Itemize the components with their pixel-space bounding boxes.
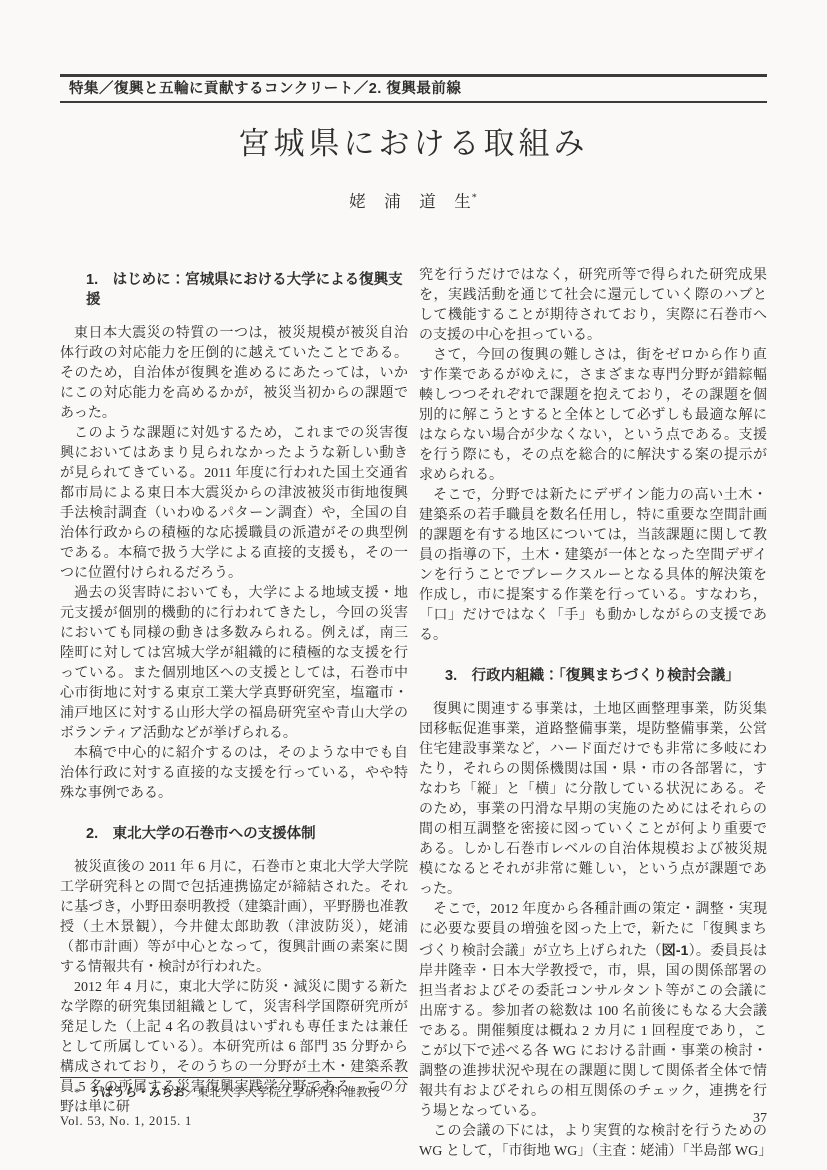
section-heading-1: 1. はじめに：宮城県における大学による復興支援: [60, 270, 408, 310]
paragraph: そこで，分野では新たにデザイン能力の高い土木・建築系の若手職員を数名任用し，特に…: [419, 486, 767, 646]
paragraph: そこで，2012 年度から各種計画の策定・調整・実現に必要な要員の増強を図った上…: [419, 900, 767, 1122]
section-heading-3: 3. 行政内組織：「復興まちづくり検討会議」: [419, 666, 767, 686]
figure-reference: 図-1: [662, 942, 689, 958]
paper-page: 特集／復興と五輪に貢献するコンクリート／2. 復興最前線 宮城県における取組み …: [0, 0, 827, 1170]
journal-volume-info: Vol. 53, No. 1, 2015. 1: [60, 1114, 192, 1129]
paragraph: 復興に関連する事業は，土地区画整理事業，防災集団移転促進事業，道路整備事業，堤防…: [419, 700, 767, 900]
left-column: 1. はじめに：宮城県における大学による復興支援 東日本大震災の特質の一つは，被…: [60, 266, 408, 1162]
paragraph: 過去の災害時においても，大学による地域支援・地元支援が個別的機動的に行われてきた…: [60, 584, 408, 744]
article-title: 宮城県における取組み: [0, 124, 827, 164]
author-footnote-mark: *: [472, 193, 478, 204]
right-column: 究を行うだけではなく，研究所等で得られた研究成果を，実践活動を通じて社会に還元し…: [419, 266, 767, 1162]
author-line: 姥 浦 道 生*: [0, 188, 827, 212]
author-footnote: *うばうら・みちお／東北大学大学院工学研究科 准教授: [60, 1077, 408, 1100]
paragraph: このような課題に対処するため，これまでの災害復興においてはあまり見られなかったよ…: [60, 424, 408, 584]
paragraph: 本稿で中心的に紹介するのは，そのような中でも自治体行政に対する直接的な支援を行っ…: [60, 744, 408, 804]
footnote-author-name: うばうら・みちお: [89, 1085, 185, 1099]
paragraph: 被災直後の 2011 年 6 月に，石巻市と東北大学大学院工学研究科との間で包括…: [60, 858, 408, 978]
paragraph-continuation: 究を行うだけではなく，研究所等で得られた研究成果を，実践活動を通じて社会に還元し…: [419, 266, 767, 346]
footnote-affiliation: ／東北大学大学院工学研究科 准教授: [185, 1085, 380, 1099]
footnote-mark: *: [60, 1085, 89, 1099]
section-heading-2: 2. 東北大学の石巻市への支援体制: [60, 824, 408, 844]
paragraph-text: ）。委員長は岸井隆幸・日本大学教授で，市，県，国の関係部署の担当者およびその委託…: [419, 944, 767, 1119]
article-body: 1. はじめに：宮城県における大学による復興支援 東日本大震災の特質の一つは，被…: [60, 266, 767, 1162]
special-feature-header: 特集／復興と五輪に貢献するコンクリート／2. 復興最前線: [60, 74, 767, 103]
page-number: 37: [753, 1111, 767, 1127]
paragraph: 東日本大震災の特質の一つは，被災規模が被災自治体行政の対応能力を圧倒的に越えてい…: [60, 324, 408, 424]
paragraph: さて，今回の復興の難しさは，街をゼロから作り直す作業であるがゆえに，さまざまな専…: [419, 346, 767, 486]
paragraph: この会議の下には，より実質的な検討を行うための WG として，「市街地 WG」（…: [419, 1122, 767, 1162]
author-name: 姥 浦 道 生: [349, 192, 472, 211]
